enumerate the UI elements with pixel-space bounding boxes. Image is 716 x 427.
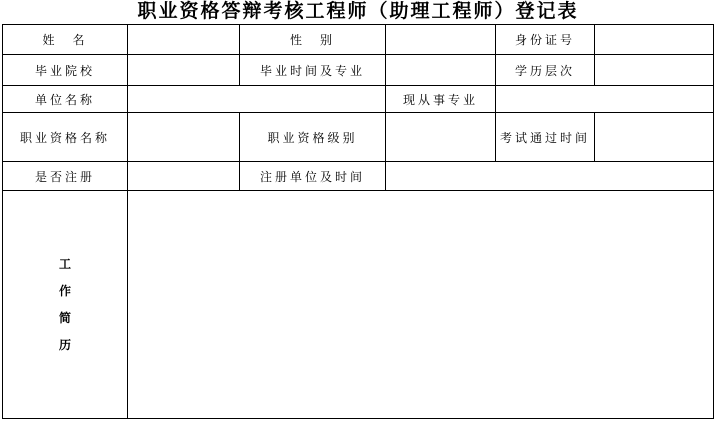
row-work-history: 工 作 简 历 — [3, 191, 714, 419]
current-major-field[interactable] — [496, 86, 714, 113]
work-history-field[interactable] — [128, 191, 714, 419]
label-char: 作 — [58, 278, 72, 305]
exam-pass-date-field[interactable] — [595, 113, 714, 162]
label-char: 简 — [58, 305, 72, 332]
label-char: 工 — [58, 251, 72, 278]
id-number-label: 身份证号 — [496, 25, 595, 55]
qualification-level-field[interactable] — [386, 113, 496, 162]
school-label: 毕业院校 — [3, 55, 128, 86]
registered-label: 是否注册 — [3, 162, 128, 191]
form-title: 职业资格答辩考核工程师（助理工程师）登记表 — [0, 0, 716, 24]
exam-pass-date-label: 考试通过时间 — [496, 113, 595, 162]
graduation-label: 毕业时间及专业 — [240, 55, 386, 86]
row-basic-info: 姓 名 性 别 身份证号 — [3, 25, 714, 55]
qualification-level-label: 职业资格级别 — [240, 113, 386, 162]
registration-unit-field[interactable] — [386, 162, 714, 191]
row-qualification: 职业资格名称 职业资格级别 考试通过时间 — [3, 113, 714, 162]
registration-form-table: 姓 名 性 别 身份证号 毕业院校 毕业时间及专业 学历层次 单位名称 现从事专… — [2, 24, 714, 419]
registration-unit-label: 注册单位及时间 — [240, 162, 386, 191]
row-education: 毕业院校 毕业时间及专业 学历层次 — [3, 55, 714, 86]
row-registration: 是否注册 注册单位及时间 — [3, 162, 714, 191]
work-history-label-vertical: 工 作 简 历 — [58, 251, 72, 359]
education-level-field[interactable] — [595, 55, 714, 86]
gender-label: 性 别 — [240, 25, 386, 55]
work-history-label: 工 作 简 历 — [3, 191, 128, 419]
unit-name-label: 单位名称 — [3, 86, 128, 113]
row-employer: 单位名称 现从事专业 — [3, 86, 714, 113]
current-major-label: 现从事专业 — [386, 86, 496, 113]
label-char: 历 — [58, 332, 72, 359]
unit-name-field[interactable] — [128, 86, 386, 113]
name-field[interactable] — [128, 25, 240, 55]
id-number-field[interactable] — [595, 25, 714, 55]
school-field[interactable] — [128, 55, 240, 86]
gender-field[interactable] — [386, 25, 496, 55]
qualification-name-label: 职业资格名称 — [3, 113, 128, 162]
education-level-label: 学历层次 — [496, 55, 595, 86]
registered-field[interactable] — [128, 162, 240, 191]
qualification-name-field[interactable] — [128, 113, 240, 162]
graduation-field[interactable] — [386, 55, 496, 86]
name-label: 姓 名 — [3, 25, 128, 55]
